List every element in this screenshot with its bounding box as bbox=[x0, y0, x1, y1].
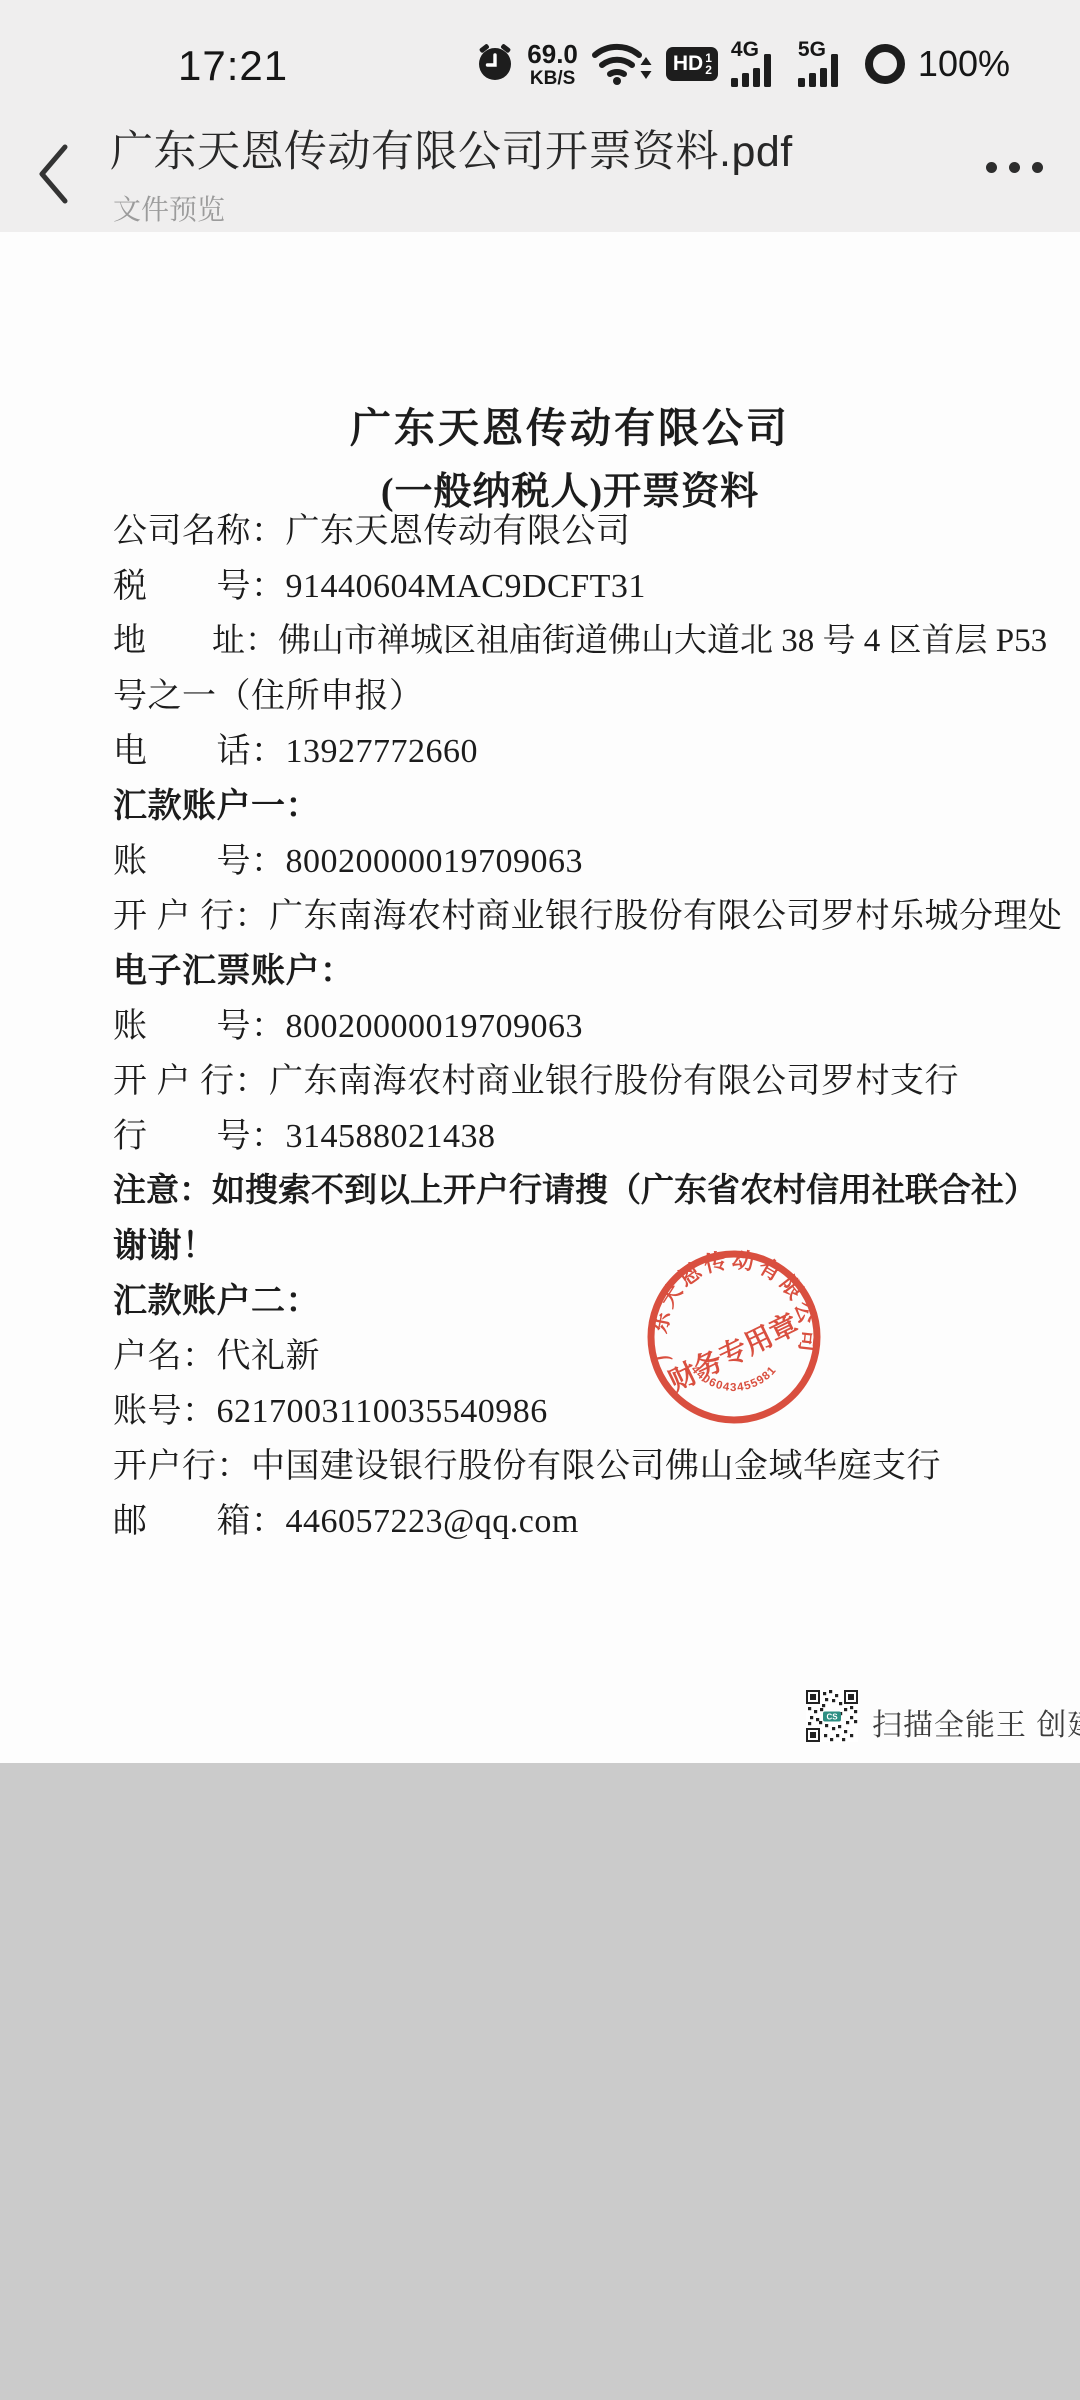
signal-sim2-icon: 5G bbox=[798, 39, 852, 89]
doc-line: 地 址：佛山市禅城区祖庙街道佛山大道北 38 号 4 区首层 P53 bbox=[113, 614, 1060, 669]
document-body: 公司名称：广东天恩传动有限公司 税 号：91440604MAC9DCFT31 地… bbox=[113, 504, 1060, 1549]
doc-line: 账 号：80020000019709063 bbox=[113, 999, 1060, 1054]
phone-screen: 17:21 69.0 KB/S bbox=[0, 0, 1080, 2400]
status-icons: 69.0 KB/S HD 12 4G bbox=[476, 36, 1010, 92]
file-title: 广东天恩传动有限公司开票资料.pdf bbox=[110, 118, 793, 179]
doc-line: 汇款账户二： bbox=[113, 1274, 1060, 1329]
doc-line: 注意：如搜索不到以上开户行请搜（广东省农村信用社联合社） bbox=[113, 1164, 1060, 1219]
battery-icon bbox=[865, 44, 905, 84]
camscanner-logo: CS bbox=[826, 1713, 838, 1722]
camscanner-qr-code: CS bbox=[806, 1690, 858, 1747]
doc-line: 电子汇票账户： bbox=[113, 944, 1060, 999]
page-background-area bbox=[0, 1763, 1080, 2400]
doc-line: 账号：6217003110035540986 bbox=[113, 1384, 1060, 1439]
doc-line: 开 户 行：广东南海农村商业银行股份有限公司罗村支行 bbox=[113, 1054, 1060, 1109]
volte-hd-icon: HD 12 bbox=[666, 47, 718, 81]
document-title: 广东天恩传动有限公司 bbox=[60, 395, 1080, 454]
scanner-watermark-text: 扫描全能王 创建 bbox=[872, 1700, 1080, 1744]
doc-line: 公司名称：广东天恩传动有限公司 bbox=[113, 504, 1060, 559]
doc-line: 电 话：13927772660 bbox=[113, 724, 1060, 779]
doc-line: 号之一（住所申报） bbox=[113, 669, 1060, 724]
doc-line: 邮 箱：446057223@qq.com bbox=[113, 1494, 1060, 1549]
wifi-icon bbox=[591, 39, 653, 90]
doc-line: 税 号：91440604MAC9DCFT31 bbox=[113, 559, 1060, 614]
nav-subtitle: 文件预览 bbox=[113, 188, 225, 228]
pdf-page: 广东天恩传动有限公司 (一般纳税人)开票资料 公司名称：广东天恩传动有限公司 税… bbox=[0, 232, 1080, 1763]
doc-line: 开 户 行：广东南海农村商业银行股份有限公司罗村乐城分理处 bbox=[113, 889, 1060, 944]
more-options-button[interactable] bbox=[986, 162, 1043, 173]
doc-line: 行 号：314588021438 bbox=[113, 1109, 1060, 1164]
alarm-icon bbox=[476, 42, 514, 87]
back-button[interactable] bbox=[34, 142, 72, 211]
doc-line: 账 号：80020000019709063 bbox=[113, 834, 1060, 889]
doc-line: 谢谢！ bbox=[113, 1219, 1060, 1274]
clock: 17:21 bbox=[178, 42, 288, 90]
network-speed: 69.0 KB/S bbox=[527, 41, 578, 88]
company-seal-stamp: 广东天恩传动有限公司 财务专用章 4406043455981 bbox=[643, 1246, 825, 1428]
doc-line: 户名：代礼新 bbox=[113, 1329, 1060, 1384]
doc-line: 开户行：中国建设银行股份有限公司佛山金域华庭支行 bbox=[113, 1439, 1060, 1494]
signal-sim1-icon: 4G bbox=[731, 39, 785, 89]
doc-line: 汇款账户一： bbox=[113, 779, 1060, 834]
battery-percent: 100% bbox=[918, 43, 1010, 85]
